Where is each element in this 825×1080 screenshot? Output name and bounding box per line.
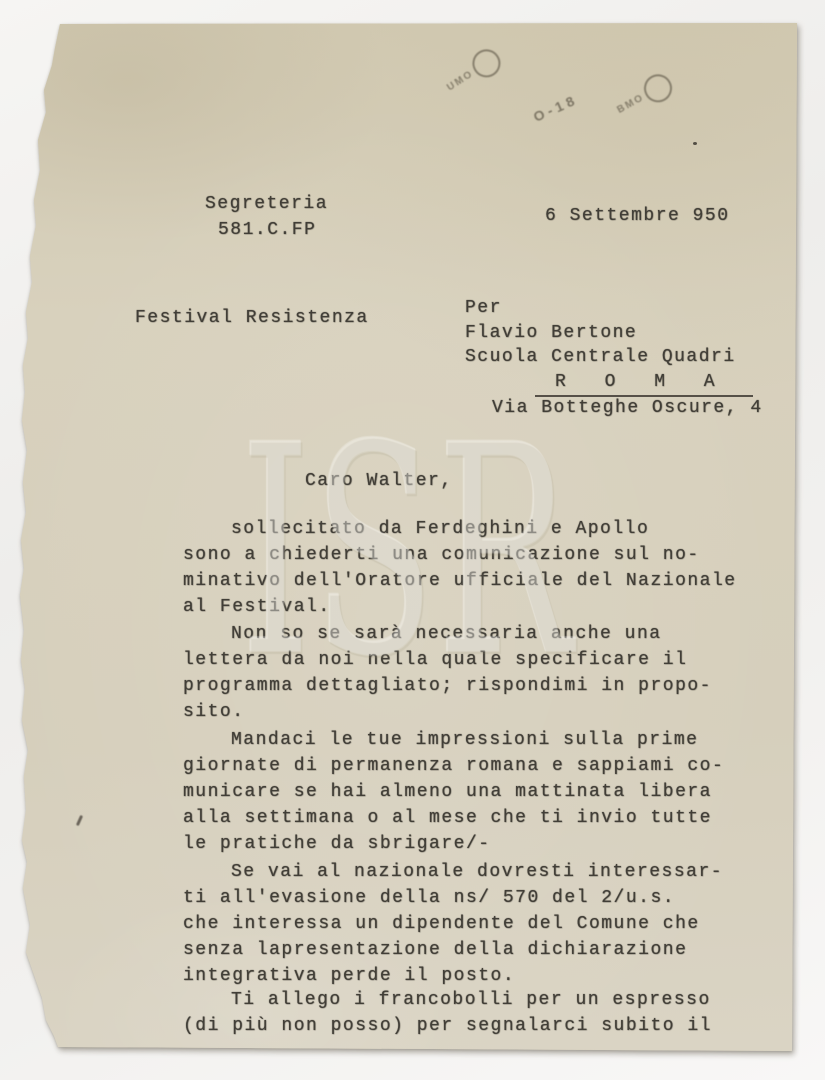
paragraph-3: Mandaci le tue impressioni sulla prime g…: [183, 727, 803, 857]
recipient-city-row: R O M A: [465, 370, 795, 395]
letter-page: UMO BMO O-18 Segreteria 581.C.FP 6 Sette…: [18, 20, 798, 1054]
ink-speck: [693, 142, 697, 145]
faded-ink-stamp: UMO: [440, 44, 506, 100]
letter-date: 6 Settembre 950: [545, 203, 730, 229]
letter-subject: Festival Resistenza: [135, 305, 369, 331]
margin-tick-mark: [76, 815, 83, 826]
recipient-block: Per Flavio Bertone Scuola Centrale Quadr…: [465, 296, 795, 421]
paragraph-4: Se vai al nazionale dovresti interessar-…: [183, 859, 803, 989]
paragraph-1: sollecitato da Ferdeghini e Apollo sono …: [183, 516, 803, 620]
stamp-text: BMO: [615, 92, 646, 116]
recipient-lines: Per Flavio Bertone Scuola Centrale Quadr…: [465, 296, 795, 370]
stamp-text: O-18: [531, 91, 581, 125]
faded-ink-stamp: BMO: [611, 69, 677, 123]
photo-backdrop: UMO BMO O-18 Segreteria 581.C.FP 6 Sette…: [0, 0, 825, 1080]
paragraph-5: Ti allego i francobolli per un espresso …: [183, 987, 803, 1039]
office-name: Segreteria: [205, 191, 328, 217]
salutation: Caro Walter,: [305, 468, 453, 494]
stamp-text: UMO: [445, 68, 476, 93]
faded-ink-stamp: O-18: [531, 91, 581, 125]
protocol-number: 581.C.FP: [218, 217, 328, 243]
sender-office-block: Segreteria 581.C.FP: [205, 191, 328, 243]
paragraph-2: Non so se sarà necessaria anche una lett…: [183, 621, 803, 725]
recipient-street: Via Botteghe Oscure, 4: [492, 396, 795, 421]
recipient-city: R O M A: [535, 370, 753, 398]
